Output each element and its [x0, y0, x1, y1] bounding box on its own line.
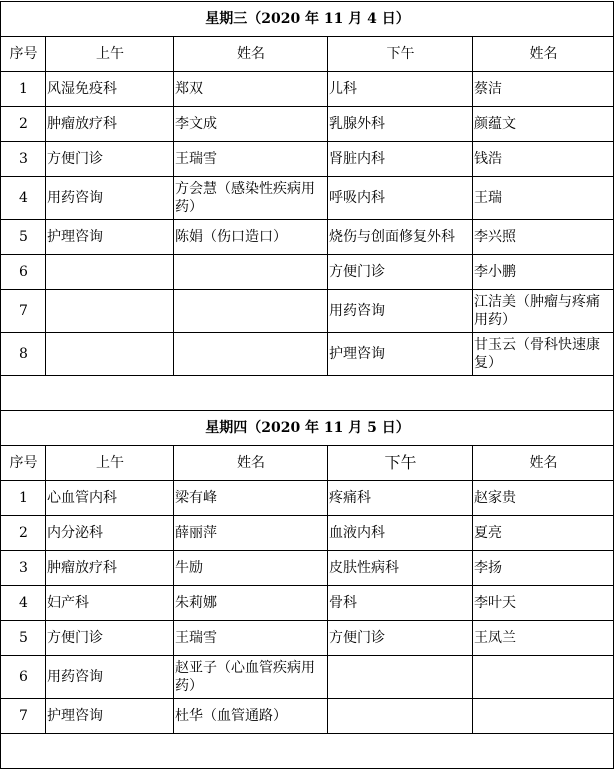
am-dept: 方便门诊 — [46, 142, 174, 177]
header-am-name: 姓名 — [174, 37, 328, 72]
pm-dept: 方便门诊 — [328, 621, 473, 656]
pm-name: 颜蕴文 — [473, 107, 614, 142]
pm-name — [473, 699, 614, 734]
header-pm: 下午 — [328, 37, 473, 72]
am-name: 陈娟（伤口造口） — [174, 220, 328, 255]
wednesday-title: 星期三（2020 年 11 月 4 日） — [1, 2, 614, 37]
table-row: 7 用药咨询 江洁美（肿瘤与疼痛用药） — [1, 290, 614, 333]
table-row: 4 用药咨询 方会慧（感染性疾病用药） 呼吸内科 王瑞 — [1, 177, 614, 220]
pm-name: 李小鹏 — [473, 255, 614, 290]
row-no: 3 — [1, 142, 46, 177]
am-dept: 心血管内科 — [46, 481, 174, 516]
pm-name — [473, 656, 614, 699]
pm-name: 王瑞 — [473, 177, 614, 220]
am-dept: 肿瘤放疗科 — [46, 551, 174, 586]
table-row: 3 肿瘤放疗科 牛励 皮肤性病科 李扬 — [1, 551, 614, 586]
schedule-table: 星期三（2020 年 11 月 4 日） 序号 上午 姓名 下午 姓名 1 风湿… — [0, 1, 614, 769]
am-name — [174, 255, 328, 290]
row-no: 4 — [1, 586, 46, 621]
table-row: 5 方便门诊 王瑞雪 方便门诊 王凤兰 — [1, 621, 614, 656]
pm-dept: 用药咨询 — [328, 290, 473, 333]
row-no: 2 — [1, 107, 46, 142]
pm-name: 李兴照 — [473, 220, 614, 255]
am-dept: 护理咨询 — [46, 699, 174, 734]
pm-dept: 骨科 — [328, 586, 473, 621]
pm-name: 李叶天 — [473, 586, 614, 621]
pm-dept: 呼吸内科 — [328, 177, 473, 220]
am-dept: 护理咨询 — [46, 220, 174, 255]
table-row: 7 护理咨询 杜华（血管通路） — [1, 699, 614, 734]
am-dept: 肿瘤放疗科 — [46, 107, 174, 142]
row-no: 6 — [1, 656, 46, 699]
spacer-cell — [1, 376, 614, 411]
header-pm-name: 姓名 — [473, 446, 614, 481]
header-pm-name: 姓名 — [473, 37, 614, 72]
header-am: 上午 — [46, 446, 174, 481]
table-row: 2 肿瘤放疗科 李文成 乳腺外科 颜蕴文 — [1, 107, 614, 142]
row-no: 6 — [1, 255, 46, 290]
spacer-row — [1, 376, 614, 411]
spacer-cell — [1, 734, 614, 769]
row-no: 7 — [1, 290, 46, 333]
am-dept: 用药咨询 — [46, 177, 174, 220]
am-name — [174, 290, 328, 333]
row-no: 4 — [1, 177, 46, 220]
pm-dept: 肾脏内科 — [328, 142, 473, 177]
header-no: 序号 — [1, 37, 46, 72]
table-row: 5 护理咨询 陈娟（伤口造口） 烧伤与创面修复外科 李兴照 — [1, 220, 614, 255]
am-dept: 用药咨询 — [46, 656, 174, 699]
row-no: 7 — [1, 699, 46, 734]
pm-name: 蔡洁 — [473, 72, 614, 107]
pm-dept — [328, 656, 473, 699]
pm-dept: 乳腺外科 — [328, 107, 473, 142]
table-row: 1 心血管内科 梁有峰 疼痛科 赵家贵 — [1, 481, 614, 516]
pm-dept: 疼痛科 — [328, 481, 473, 516]
pm-name: 王凤兰 — [473, 621, 614, 656]
row-no: 1 — [1, 481, 46, 516]
table-row: 3 方便门诊 王瑞雪 肾脏内科 钱浩 — [1, 142, 614, 177]
pm-dept: 儿科 — [328, 72, 473, 107]
am-dept: 内分泌科 — [46, 516, 174, 551]
wednesday-header-row: 序号 上午 姓名 下午 姓名 — [1, 37, 614, 72]
pm-name: 赵家贵 — [473, 481, 614, 516]
am-name: 王瑞雪 — [174, 142, 328, 177]
pm-name: 钱浩 — [473, 142, 614, 177]
table-row: 1 风湿免疫科 郑双 儿科 蔡洁 — [1, 72, 614, 107]
wednesday-title-row: 星期三（2020 年 11 月 4 日） — [1, 2, 614, 37]
am-name: 王瑞雪 — [174, 621, 328, 656]
row-no: 2 — [1, 516, 46, 551]
am-name: 朱莉娜 — [174, 586, 328, 621]
pm-name: 江洁美（肿瘤与疼痛用药） — [473, 290, 614, 333]
am-name: 薛丽萍 — [174, 516, 328, 551]
am-dept — [46, 333, 174, 376]
pm-dept: 方便门诊 — [328, 255, 473, 290]
am-name: 牛励 — [174, 551, 328, 586]
am-name — [174, 333, 328, 376]
pm-name: 夏亮 — [473, 516, 614, 551]
table-row: 8 护理咨询 甘玉云（骨科快速康复） — [1, 333, 614, 376]
am-name: 赵亚子（心血管疾病用药） — [174, 656, 328, 699]
table-row: 6 方便门诊 李小鹏 — [1, 255, 614, 290]
am-name: 李文成 — [174, 107, 328, 142]
pm-dept — [328, 699, 473, 734]
row-no: 1 — [1, 72, 46, 107]
row-no: 5 — [1, 220, 46, 255]
pm-name: 李扬 — [473, 551, 614, 586]
thursday-title: 星期四（2020 年 11 月 5 日） — [1, 411, 614, 446]
am-name: 梁有峰 — [174, 481, 328, 516]
am-name: 杜华（血管通路） — [174, 699, 328, 734]
am-name: 方会慧（感染性疾病用药） — [174, 177, 328, 220]
am-dept: 风湿免疫科 — [46, 72, 174, 107]
table-row: 4 妇产科 朱莉娜 骨科 李叶天 — [1, 586, 614, 621]
pm-dept: 烧伤与创面修复外科 — [328, 220, 473, 255]
table-row: 2 内分泌科 薛丽萍 血液内科 夏亮 — [1, 516, 614, 551]
header-no: 序号 — [1, 446, 46, 481]
am-name: 郑双 — [174, 72, 328, 107]
pm-dept: 血液内科 — [328, 516, 473, 551]
thursday-header-row: 序号 上午 姓名 下午 姓名 — [1, 446, 614, 481]
header-am-name: 姓名 — [174, 446, 328, 481]
row-no: 5 — [1, 621, 46, 656]
am-dept: 方便门诊 — [46, 621, 174, 656]
spacer-row — [1, 734, 614, 769]
am-dept — [46, 255, 174, 290]
pm-dept: 护理咨询 — [328, 333, 473, 376]
row-no: 8 — [1, 333, 46, 376]
table-row: 6 用药咨询 赵亚子（心血管疾病用药） — [1, 656, 614, 699]
row-no: 3 — [1, 551, 46, 586]
am-dept: 妇产科 — [46, 586, 174, 621]
pm-name: 甘玉云（骨科快速康复） — [473, 333, 614, 376]
header-pm: 下午 — [328, 446, 473, 481]
am-dept — [46, 290, 174, 333]
thursday-title-row: 星期四（2020 年 11 月 5 日） — [1, 411, 614, 446]
header-am: 上午 — [46, 37, 174, 72]
pm-dept: 皮肤性病科 — [328, 551, 473, 586]
